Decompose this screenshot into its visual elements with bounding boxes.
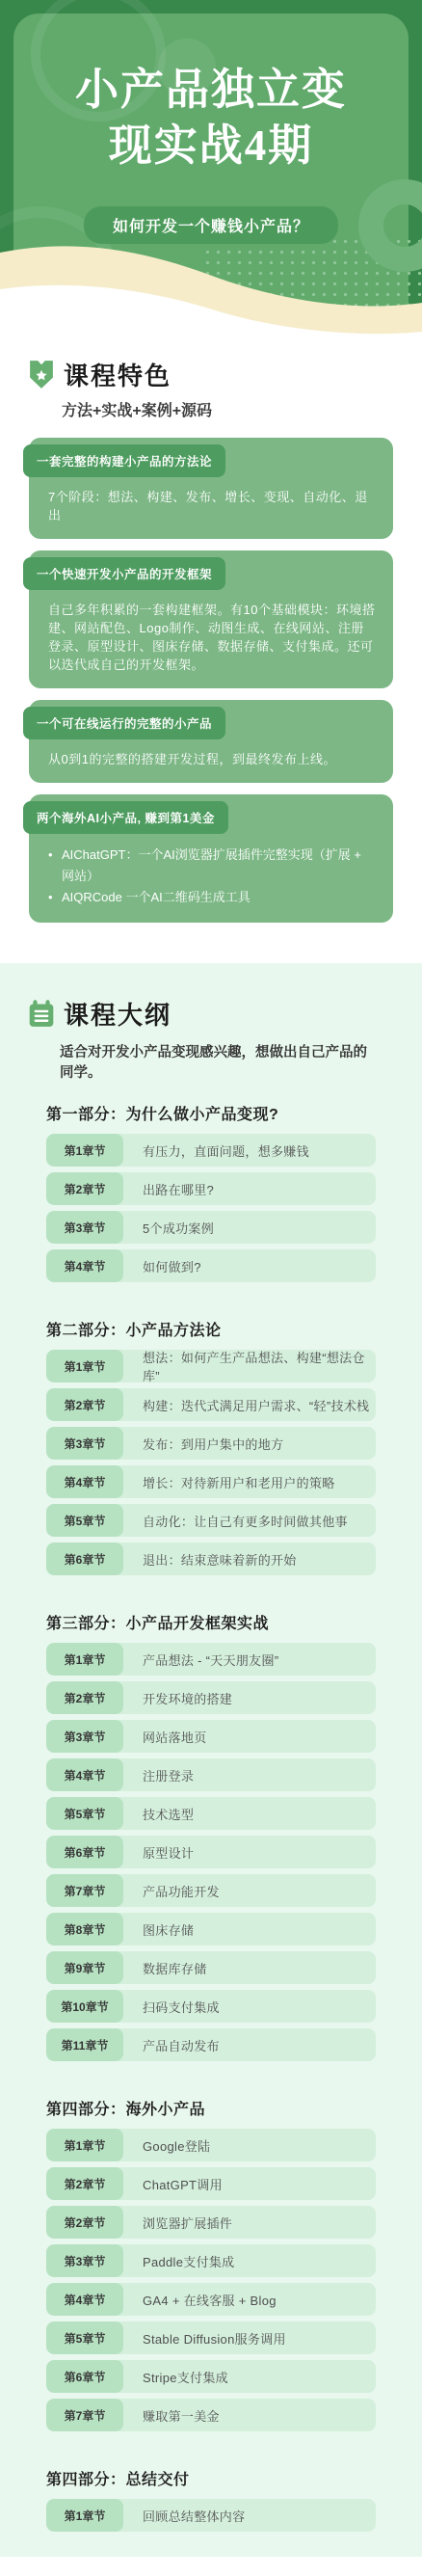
chapter-label: 第2章节 <box>46 2206 123 2239</box>
chapter-title: 开发环境的搭建 <box>143 1689 232 1707</box>
chapter-rows: 第1章节产品想法 - “天天朋友圈”第2章节开发环境的搭建第3章节网站落地页第4… <box>46 1643 376 2061</box>
chapter-title: 数据库存储 <box>143 1959 207 1977</box>
feature-card-bullet: AIQRCode 一个AI二维码生成工具 <box>48 887 376 908</box>
chapter-title: 扫码支付集成 <box>143 1998 220 2016</box>
wave-decoration <box>0 233 422 339</box>
chapter-title: 想法：如何产生产品想法、构建“想法仓库” <box>143 1350 376 1382</box>
features-heading: 课程特色 <box>64 357 171 392</box>
part-title: 第四部分：海外小产品 <box>46 2100 376 2121</box>
badge-star-icon <box>27 359 56 390</box>
chapter-row: 第4章节注册登录 <box>46 1758 376 1791</box>
course-title-line1: 小产品独立变 <box>75 66 347 114</box>
outline-part: 第四部分：海外小产品第1章节Google登陆第2章节ChatGPT调用第2章节浏… <box>46 2100 376 2431</box>
chapter-row: 第1章节有压力，直面问题，想多赚钱 <box>46 1134 376 1167</box>
outline-intro: 适合对开发小产品变现感兴趣，想做出自己产品的同学。 <box>60 1043 376 1084</box>
notebook-icon <box>27 999 56 1030</box>
chapter-title: 赚取第一美金 <box>143 2406 220 2425</box>
chapter-row: 第3章节Paddle支付集成 <box>46 2244 376 2277</box>
feature-card-tag: 一个快速开发小产品的开发框架 <box>23 557 225 590</box>
chapter-title: 产品想法 - “天天朋友圈” <box>143 1650 278 1669</box>
chapter-title: 构建：迭代式满足用户需求、“轻”技术栈 <box>143 1396 369 1414</box>
chapter-label: 第5章节 <box>46 1504 123 1537</box>
feature-card: 一个快速开发小产品的开发框架自己多年积累的一套构建框架。有10个基础模块：环境搭… <box>29 550 393 688</box>
chapter-row: 第7章节产品功能开发 <box>46 1874 376 1907</box>
chapter-title: 产品自动发布 <box>143 2036 220 2054</box>
chapter-title: 回顾总结整体内容 <box>143 2507 245 2525</box>
chapter-label: 第7章节 <box>46 1874 123 1907</box>
page-footer-space <box>0 2557 422 2576</box>
hero-banner: 小产品独立变现实战4期 如何开发一个赚钱小产品？ <box>0 0 422 339</box>
outline-part: 第四部分：总结交付第1章节回顾总结整体内容 <box>46 2470 376 2532</box>
chapter-row: 第9章节数据库存储 <box>46 1951 376 1984</box>
feature-card-body: 自己多年积累的一套构建框架。有10个基础模块：环境搭建、网站配色、Logo制作、… <box>48 601 376 674</box>
feature-card-body: 7个阶段：想法、构建、发布、增长、变现、自动化、退出 <box>48 488 376 524</box>
chapter-label: 第4章节 <box>46 1249 123 1282</box>
chapter-row: 第2章节出路在哪里? <box>46 1172 376 1205</box>
chapter-row: 第2章节构建：迭代式满足用户需求、“轻”技术栈 <box>46 1388 376 1421</box>
chapter-row: 第1章节回顾总结整体内容 <box>46 2499 376 2532</box>
course-title-line2: 现实战4期 <box>109 121 314 170</box>
chapter-label: 第6章节 <box>46 1836 123 1868</box>
feature-card: 一套完整的构建小产品的方法论7个阶段：想法、构建、发布、增长、变现、自动化、退出 <box>29 438 393 539</box>
chapter-title: 网站落地页 <box>143 1728 207 1746</box>
chapter-label: 第10章节 <box>46 1990 123 2023</box>
chapter-label: 第4章节 <box>46 2283 123 2316</box>
chapter-title: 技术选型 <box>143 1805 194 1823</box>
chapter-label: 第8章节 <box>46 1913 123 1945</box>
chapter-label: 第3章节 <box>46 1211 123 1244</box>
chapter-title: 浏览器扩展插件 <box>143 2214 232 2232</box>
part-title: 第二部分：小产品方法论 <box>46 1321 376 1342</box>
course-title: 小产品独立变现实战4期 <box>0 62 422 174</box>
chapter-label: 第1章节 <box>46 1643 123 1676</box>
chapter-row: 第3章节发布：到用户集中的地方 <box>46 1427 376 1460</box>
feature-card-tag: 一个可在线运行的完整的小产品 <box>23 707 225 739</box>
chapter-rows: 第1章节想法：如何产生产品想法、构建“想法仓库”第2章节构建：迭代式满足用户需求… <box>46 1350 376 1575</box>
part-title: 第三部分：小产品开发框架实战 <box>46 1614 376 1635</box>
feature-cards: 一套完整的构建小产品的方法论7个阶段：想法、构建、发布、增长、变现、自动化、退出… <box>29 438 393 923</box>
chapter-label: 第4章节 <box>46 1465 123 1498</box>
chapter-label: 第2章节 <box>46 1172 123 1205</box>
chapter-label: 第5章节 <box>46 1797 123 1830</box>
chapter-label: 第2章节 <box>46 1388 123 1421</box>
chapter-row: 第4章节增长：对待新用户和老用户的策略 <box>46 1465 376 1498</box>
chapter-label: 第7章节 <box>46 2399 123 2431</box>
course-poster-page: 小产品独立变现实战4期 如何开发一个赚钱小产品？ 课程特色 方法+实战+案例+源… <box>0 0 422 2576</box>
outline-part: 第三部分：小产品开发框架实战第1章节产品想法 - “天天朋友圈”第2章节开发环境… <box>46 1614 376 2061</box>
chapter-row: 第5章节Stable Diffusion服务调用 <box>46 2321 376 2354</box>
chapter-title: 5个成功案例 <box>143 1219 214 1237</box>
chapter-rows: 第1章节回顾总结整体内容 <box>46 2499 376 2532</box>
chapter-row: 第2章节ChatGPT调用 <box>46 2167 376 2200</box>
course-features-section: 课程特色 方法+实战+案例+源码 一套完整的构建小产品的方法论7个阶段：想法、构… <box>0 339 422 963</box>
chapter-row: 第3章节网站落地页 <box>46 1720 376 1753</box>
chapter-label: 第4章节 <box>46 1758 123 1791</box>
chapter-rows: 第1章节Google登陆第2章节ChatGPT调用第2章节浏览器扩展插件第3章节… <box>46 2129 376 2431</box>
feature-card-bullets: AIChatGPT：一个AI浏览器扩展插件完整实现（扩展 + 网站）AIQRCo… <box>48 845 376 908</box>
outline-heading: 课程大纲 <box>64 996 171 1032</box>
chapter-row: 第2章节开发环境的搭建 <box>46 1681 376 1714</box>
chapter-title: Stable Diffusion服务调用 <box>143 2329 286 2348</box>
chapter-title: Google登陆 <box>143 2136 210 2155</box>
chapter-label: 第3章节 <box>46 1720 123 1753</box>
chapter-label: 第3章节 <box>46 1427 123 1460</box>
chapter-row: 第8章节图床存储 <box>46 1913 376 1945</box>
chapter-row: 第6章节退出：结束意味着新的开始 <box>46 1543 376 1575</box>
chapter-title: 图床存储 <box>143 1920 194 1939</box>
chapter-row: 第5章节自动化：让自己有更多时间做其他事 <box>46 1504 376 1537</box>
features-subheading: 方法+实战+案例+源码 <box>62 398 422 420</box>
chapter-label: 第1章节 <box>46 1134 123 1167</box>
chapter-label: 第6章节 <box>46 1543 123 1575</box>
chapter-title: ChatGPT调用 <box>143 2175 223 2193</box>
chapter-label: 第2章节 <box>46 1681 123 1714</box>
chapter-label: 第11章节 <box>46 2028 123 2061</box>
outline-parts: 第一部分：为什么做小产品变现?第1章节有压力，直面问题，想多赚钱第2章节出路在哪… <box>46 1105 376 2532</box>
chapter-title: 注册登录 <box>143 1766 194 1784</box>
chapter-row: 第1章节Google登陆 <box>46 2129 376 2161</box>
feature-card: 两个海外AI小产品, 赚到第1美金AIChatGPT：一个AI浏览器扩展插件完整… <box>29 794 393 923</box>
feature-card-tag: 一套完整的构建小产品的方法论 <box>23 444 225 477</box>
chapter-title: Paddle支付集成 <box>143 2252 234 2270</box>
chapter-title: 发布：到用户集中的地方 <box>143 1435 283 1453</box>
outline-part: 第一部分：为什么做小产品变现?第1章节有压力，直面问题，想多赚钱第2章节出路在哪… <box>46 1105 376 1282</box>
chapter-label: 第6章节 <box>46 2360 123 2393</box>
part-title: 第四部分：总结交付 <box>46 2470 376 2491</box>
chapter-row: 第6章节Stripe支付集成 <box>46 2360 376 2393</box>
chapter-row: 第4章节GA4 + 在线客服 + Blog <box>46 2283 376 2316</box>
chapter-rows: 第1章节有压力，直面问题，想多赚钱第2章节出路在哪里?第3章节5个成功案例第4章… <box>46 1134 376 1282</box>
course-outline-section: 课程大纲 适合对开发小产品变现感兴趣，想做出自己产品的同学。 第一部分：为什么做… <box>0 963 422 2557</box>
chapter-label: 第2章节 <box>46 2167 123 2200</box>
chapter-title: Stripe支付集成 <box>143 2368 228 2386</box>
chapter-title: 出路在哪里? <box>143 1180 214 1198</box>
chapter-label: 第1章节 <box>46 1350 123 1382</box>
chapter-title: 原型设计 <box>143 1843 194 1862</box>
outline-part: 第二部分：小产品方法论第1章节想法：如何产生产品想法、构建“想法仓库”第2章节构… <box>46 1321 376 1575</box>
chapter-label: 第1章节 <box>46 2499 123 2532</box>
chapter-row: 第11章节产品自动发布 <box>46 2028 376 2061</box>
chapter-row: 第10章节扫码支付集成 <box>46 1990 376 2023</box>
chapter-title: 自动化：让自己有更多时间做其他事 <box>143 1512 348 1530</box>
chapter-row: 第5章节技术选型 <box>46 1797 376 1830</box>
part-title: 第一部分：为什么做小产品变现? <box>46 1105 376 1126</box>
chapter-label: 第1章节 <box>46 2129 123 2161</box>
chapter-title: 退出：结束意味着新的开始 <box>143 1550 297 1569</box>
chapter-row: 第7章节赚取第一美金 <box>46 2399 376 2431</box>
feature-card-bullet: AIChatGPT：一个AI浏览器扩展插件完整实现（扩展 + 网站） <box>48 845 376 887</box>
chapter-row: 第4章节如何做到? <box>46 1249 376 1282</box>
chapter-title: 产品功能开发 <box>143 1882 220 1900</box>
chapter-label: 第5章节 <box>46 2321 123 2354</box>
chapter-row: 第6章节原型设计 <box>46 1836 376 1868</box>
chapter-row: 第1章节想法：如何产生产品想法、构建“想法仓库” <box>46 1350 376 1382</box>
chapter-label: 第3章节 <box>46 2244 123 2277</box>
chapter-title: 有压力，直面问题，想多赚钱 <box>143 1141 309 1160</box>
feature-card-tag: 两个海外AI小产品, 赚到第1美金 <box>23 801 228 834</box>
chapter-row: 第3章节5个成功案例 <box>46 1211 376 1244</box>
feature-card: 一个可在线运行的完整的小产品从0到1的完整的搭建开发过程，到最终发布上线。 <box>29 700 393 783</box>
feature-card-body: 从0到1的完整的搭建开发过程，到最终发布上线。 <box>48 750 376 768</box>
chapter-title: GA4 + 在线客服 + Blog <box>143 2291 277 2309</box>
chapter-label: 第9章节 <box>46 1951 123 1984</box>
chapter-row: 第1章节产品想法 - “天天朋友圈” <box>46 1643 376 1676</box>
chapter-row: 第2章节浏览器扩展插件 <box>46 2206 376 2239</box>
chapter-title: 增长：对待新用户和老用户的策略 <box>143 1473 335 1491</box>
chapter-title: 如何做到? <box>143 1257 201 1275</box>
